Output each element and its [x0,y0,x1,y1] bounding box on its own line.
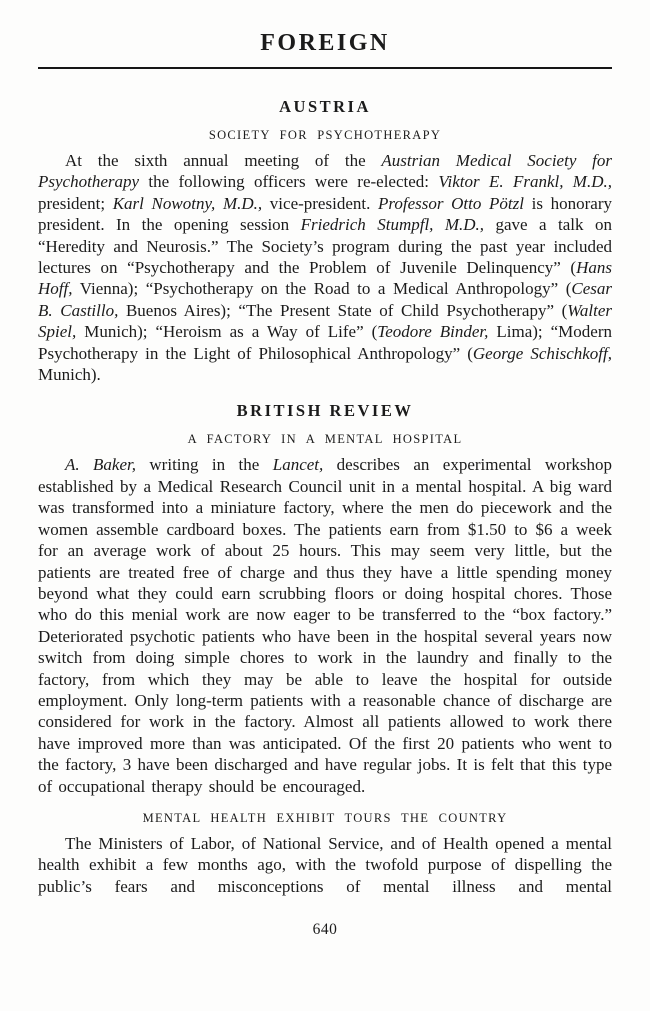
subsection-heading-society-for-psychotherapy: SOCIETY FOR PSYCHOTHERAPY [38,128,612,142]
subsection-heading-mental-health-exhibit: MENTAL HEALTH EXHIBIT TOURS THE COUNTRY [38,811,612,825]
section-heading-british-review: BRITISH REVIEW [38,402,612,420]
paragraph-factory-in-mental-hospital: A. Baker, writing in the Lancet, describ… [38,454,612,797]
subsection-heading-factory-in-mental-hospital: A FACTORY IN A MENTAL HOSPITAL [38,432,612,446]
section-british-review: BRITISH REVIEW A FACTORY IN A MENTAL HOS… [38,402,612,897]
title-divider [38,67,612,69]
paragraph-austria-society: At the sixth annual meeting of the Austr… [38,150,612,385]
section-austria: AUSTRIA SOCIETY FOR PSYCHOTHERAPY At the… [38,98,612,385]
paragraph-mental-health-exhibit: The Ministers of Labor, of National Serv… [38,833,612,897]
journal-page: FOREIGN AUSTRIA SOCIETY FOR PSYCHOTHERAP… [0,0,650,1011]
section-heading-austria: AUSTRIA [38,98,612,116]
page-number: 640 [0,921,650,939]
page-title: FOREIGN [38,30,612,56]
